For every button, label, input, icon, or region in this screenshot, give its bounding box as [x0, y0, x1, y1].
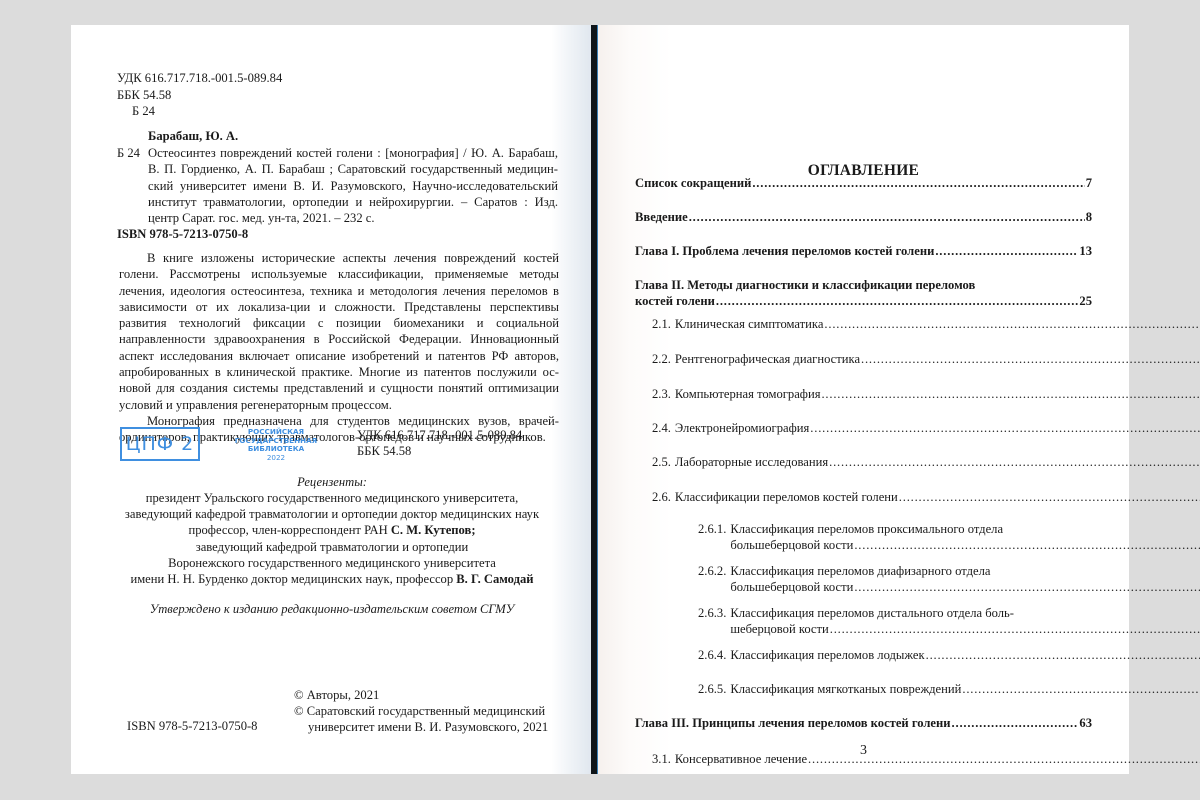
library-stamp: РОССИЙСКАЯ ГОСУДАРСТВЕННАЯ БИБЛИОТЕКА 20… [226, 428, 326, 462]
copyright-university-cont: университет имени В. И. Разумовского, 20… [308, 719, 548, 735]
reviewer-line: президент Уральского государственного ме… [71, 490, 593, 506]
page-number: 3 [598, 743, 1129, 759]
toc-entry: Введение8 [635, 209, 1092, 225]
toc-entry: Глава I. Проблема лечения переломов кост… [635, 243, 1092, 259]
annotation: В книге изложены исторические аспекты ле… [119, 250, 559, 446]
cpf-stamp: ЦПФ 2 [120, 427, 200, 461]
annotation-paragraph: В книге изложены исторические аспекты ле… [119, 250, 559, 413]
toc-page-number: 13 [1079, 243, 1092, 259]
toc-page-number: 63 [1079, 715, 1092, 731]
reviewer-line: заведующий кафедрой травматологии и орто… [71, 539, 593, 555]
author-mark: Б 24 [132, 103, 155, 119]
bib-mark: Б 24 [117, 145, 140, 161]
toc-entry: 2.5.Лабораторные исследования33 [652, 454, 1092, 470]
toc-page-number: 25 [1079, 293, 1092, 309]
toc-entry: Список сокращений7 [635, 175, 1092, 191]
isbn-bottom: ISBN 978-5-7213-0750-8 [127, 718, 257, 734]
copyright-authors: © Авторы, 2021 [294, 687, 379, 703]
udk-code-repeat: УДК 616.717.718.-001.5-089.84 [357, 427, 522, 443]
bib-author: Барабаш, Ю. А. [148, 128, 238, 144]
toc-entry: 2.3.Компьютерная томография32 [652, 386, 1092, 402]
book-spine [591, 25, 598, 774]
reviewer-line: Воронежского государственного медицинско… [71, 555, 593, 571]
left-page-imprint: УДК 616.717.718.-001.5-089.84 ББК 54.58 … [71, 25, 593, 774]
bbk-code: ББК 54.58 [117, 87, 171, 103]
toc-page-number: 7 [1086, 175, 1092, 191]
toc-entry: 2.6.3.Классификация переломов дистальног… [698, 605, 1092, 637]
toc-entry: 2.6.5.Классификация мягкотканых поврежде… [698, 681, 1092, 697]
toc-entry: 2.6.1.Классификация переломов проксималь… [698, 521, 1092, 553]
reviewer-line: профессор, член-корреспондент РАН С. М. … [71, 522, 593, 538]
toc-entry: 2.6.4.Классификация переломов лодыжек51 [698, 647, 1092, 663]
toc-entry: Глава II. Методы диагностики и классифик… [635, 277, 1092, 309]
toc-entry: Глава III. Принципы лечения переломов ко… [635, 715, 1092, 731]
reviewers-title: Рецензенты: [71, 474, 593, 490]
toc-entry: 2.1.Клиническая симптоматика25 [652, 316, 1092, 332]
copyright-university: © Саратовский государственный медицински… [294, 703, 545, 719]
approval-note: Утверждено к изданию редакционно-издател… [71, 601, 593, 617]
toc-entry: 2.6.2.Классификация переломов диафизарно… [698, 563, 1092, 595]
reviewer-line: имени Н. Н. Бурденко доктор медицинских … [71, 571, 593, 587]
toc-entry: 2.6.Классификации переломов костей голен… [652, 489, 1092, 505]
toc-entry: 2.4.Электронейромиография33 [652, 420, 1092, 436]
toc-page-number: 8 [1086, 209, 1092, 225]
isbn-bold: ISBN 978-5-7213-0750-8 [117, 226, 248, 242]
bbk-code-repeat: ББК 54.58 [357, 443, 411, 459]
bibliographic-description: Остеосинтез повреждений костей голени : … [148, 145, 558, 226]
reviewers-list: президент Уральского государственного ме… [71, 490, 593, 587]
reviewer-line: заведующий кафедрой травматологии и орто… [71, 506, 593, 522]
toc-entry: 2.2.Рентгенографическая диагностика26 [652, 351, 1092, 367]
right-page-contents: ОГЛАВЛЕНИЕ Список сокращений7Введение8Гл… [598, 25, 1129, 774]
udk-code: УДК 616.717.718.-001.5-089.84 [117, 70, 282, 86]
